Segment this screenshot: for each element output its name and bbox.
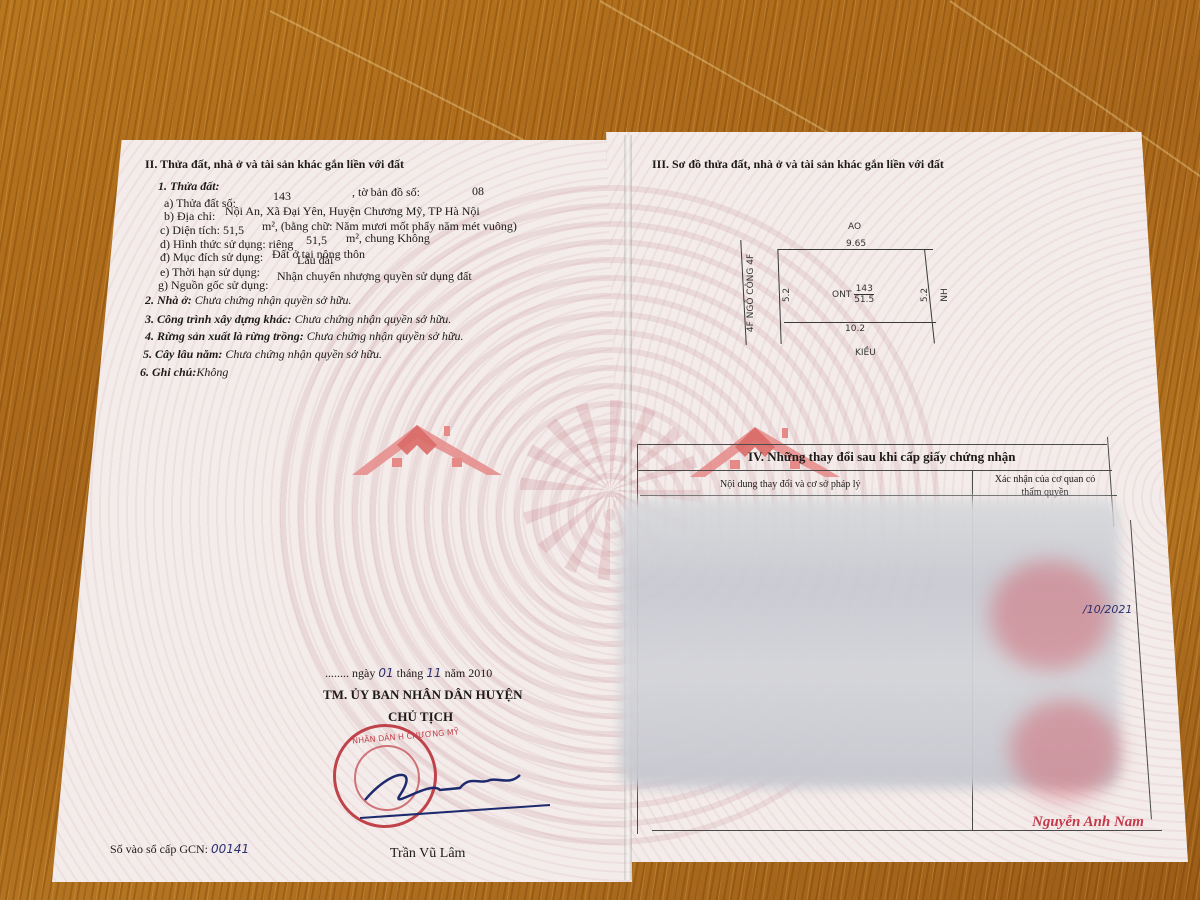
parcel-number-value: 143 (273, 190, 291, 202)
column-header-confirmation: Xác nhận của cơ quan có thẩm quyền (985, 473, 1105, 499)
south-neighbor: KIỀU (855, 348, 876, 358)
item-house: 2. Nhà ở: Chưa chứng nhận quyền sở hữu. (145, 294, 351, 306)
origin-value: Nhận chuyển nhượng quyền sử dụng đất (277, 270, 472, 282)
blurred-stamp (1010, 700, 1120, 800)
land-heading: 1. Thửa đất: (158, 180, 220, 192)
item-notes: 6. Ghi chú:Không (140, 366, 228, 378)
purpose-label: đ) Mục đích sử dụng: (160, 251, 263, 263)
item-forest-label: 4. Rừng sản xuất là rừng trồng: (145, 329, 304, 343)
issue-year: năm 2010 (445, 666, 493, 680)
item-house-value: Chưa chứng nhận quyền sở hữu. (195, 293, 352, 307)
handwritten-date: /10/2021 (1083, 604, 1132, 615)
land-type-code: ONT (832, 290, 851, 300)
north-neighbor: AO (848, 222, 861, 232)
item-notes-label: 6. Ghi chú: (140, 365, 196, 379)
origin-label: g) Nguồn gốc sử dụng: (158, 279, 269, 291)
section-iii-title: III. Sơ đồ thửa đất, nhà ở và tài sản kh… (652, 158, 944, 170)
top-edge-length: 9.65 (846, 239, 866, 249)
issue-month: 11 (426, 666, 441, 680)
address-label: b) Địa chỉ: (164, 210, 215, 222)
register-label: Số vào sổ cấp GCN: (110, 842, 208, 856)
date-prefix: ........ ngày (325, 666, 375, 680)
issue-date: ........ ngày 01 tháng 11 năm 2010 (325, 667, 492, 679)
item-forest: 4. Rừng sản xuất là rừng trồng: Chưa chứ… (145, 330, 463, 342)
column-header-content: Nội dung thay đổi và cơ sở pháp lý (720, 480, 861, 490)
right-edge-length: 5.2 (920, 288, 930, 302)
duration-value: Lâu dài (297, 254, 333, 266)
chairman-signature (360, 760, 560, 820)
parcel-code: ONT 14351.5 (832, 284, 874, 305)
usage-form-private: 51,5 (306, 234, 327, 246)
left-edge-length: 5.2 (782, 288, 792, 302)
section-iv-title: IV. Những thay đổi sau khi cấp giấy chứn… (748, 450, 1016, 463)
item-notes-value: Không (196, 365, 228, 379)
address-value: Nội An, Xã Đại Yên, Huyện Chương Mỹ, TP … (225, 205, 480, 217)
authority-title: TM. ỦY BAN NHÂN DÂN HUYỆN (323, 688, 523, 701)
map-sheet-label: , tờ bản đồ số: (352, 186, 420, 198)
section-ii-title: II. Thửa đất, nhà ở và tài sản khác gắn … (145, 158, 404, 170)
signer-name: Trần Vũ Lâm (390, 847, 465, 861)
east-neighbor: NH (940, 288, 950, 302)
usage-form-shared: m², chung Không (346, 232, 430, 244)
map-sheet-value: 08 (472, 185, 484, 197)
duration-label: e) Thời hạn sử dụng: (160, 266, 260, 278)
area-label: c) Diện tích: 51,5 (160, 224, 244, 236)
official-signature-name: Nguyễn Anh Nam (1032, 815, 1144, 830)
item-construction-value: Chưa chứng nhận quyền sở hữu. (295, 312, 452, 326)
item-forest-value: Chưa chứng nhận quyền sở hữu. (307, 329, 464, 343)
item-other-construction: 3. Công trình xây dựng khác: Chưa chứng … (145, 313, 451, 325)
bottom-edge-length: 10.2 (845, 324, 865, 334)
item-perennial-label: 5. Cây lâu năm: (143, 347, 222, 361)
month-label: tháng (397, 666, 424, 680)
parcel-area: 51.5 (854, 295, 874, 305)
issue-day: 01 (378, 666, 393, 680)
item-perennial: 5. Cây lâu năm: Chưa chứng nhận quyền sở… (143, 348, 382, 360)
register-value: 00141 (211, 842, 249, 856)
item-construction-label: 3. Công trình xây dựng khác: (145, 312, 292, 326)
house-logo-watermark (352, 420, 502, 480)
item-perennial-value: Chưa chứng nhận quyền sở hữu. (225, 347, 382, 361)
chairman-title: CHỦ TỊCH (388, 710, 453, 723)
parcel-no: 143 (854, 284, 874, 295)
west-road-label: 4F NGÕ CÔNG 4F (746, 254, 756, 332)
item-house-label: 2. Nhà ở: (145, 293, 192, 307)
register-number: Số vào sổ cấp GCN: 00141 (110, 843, 249, 855)
